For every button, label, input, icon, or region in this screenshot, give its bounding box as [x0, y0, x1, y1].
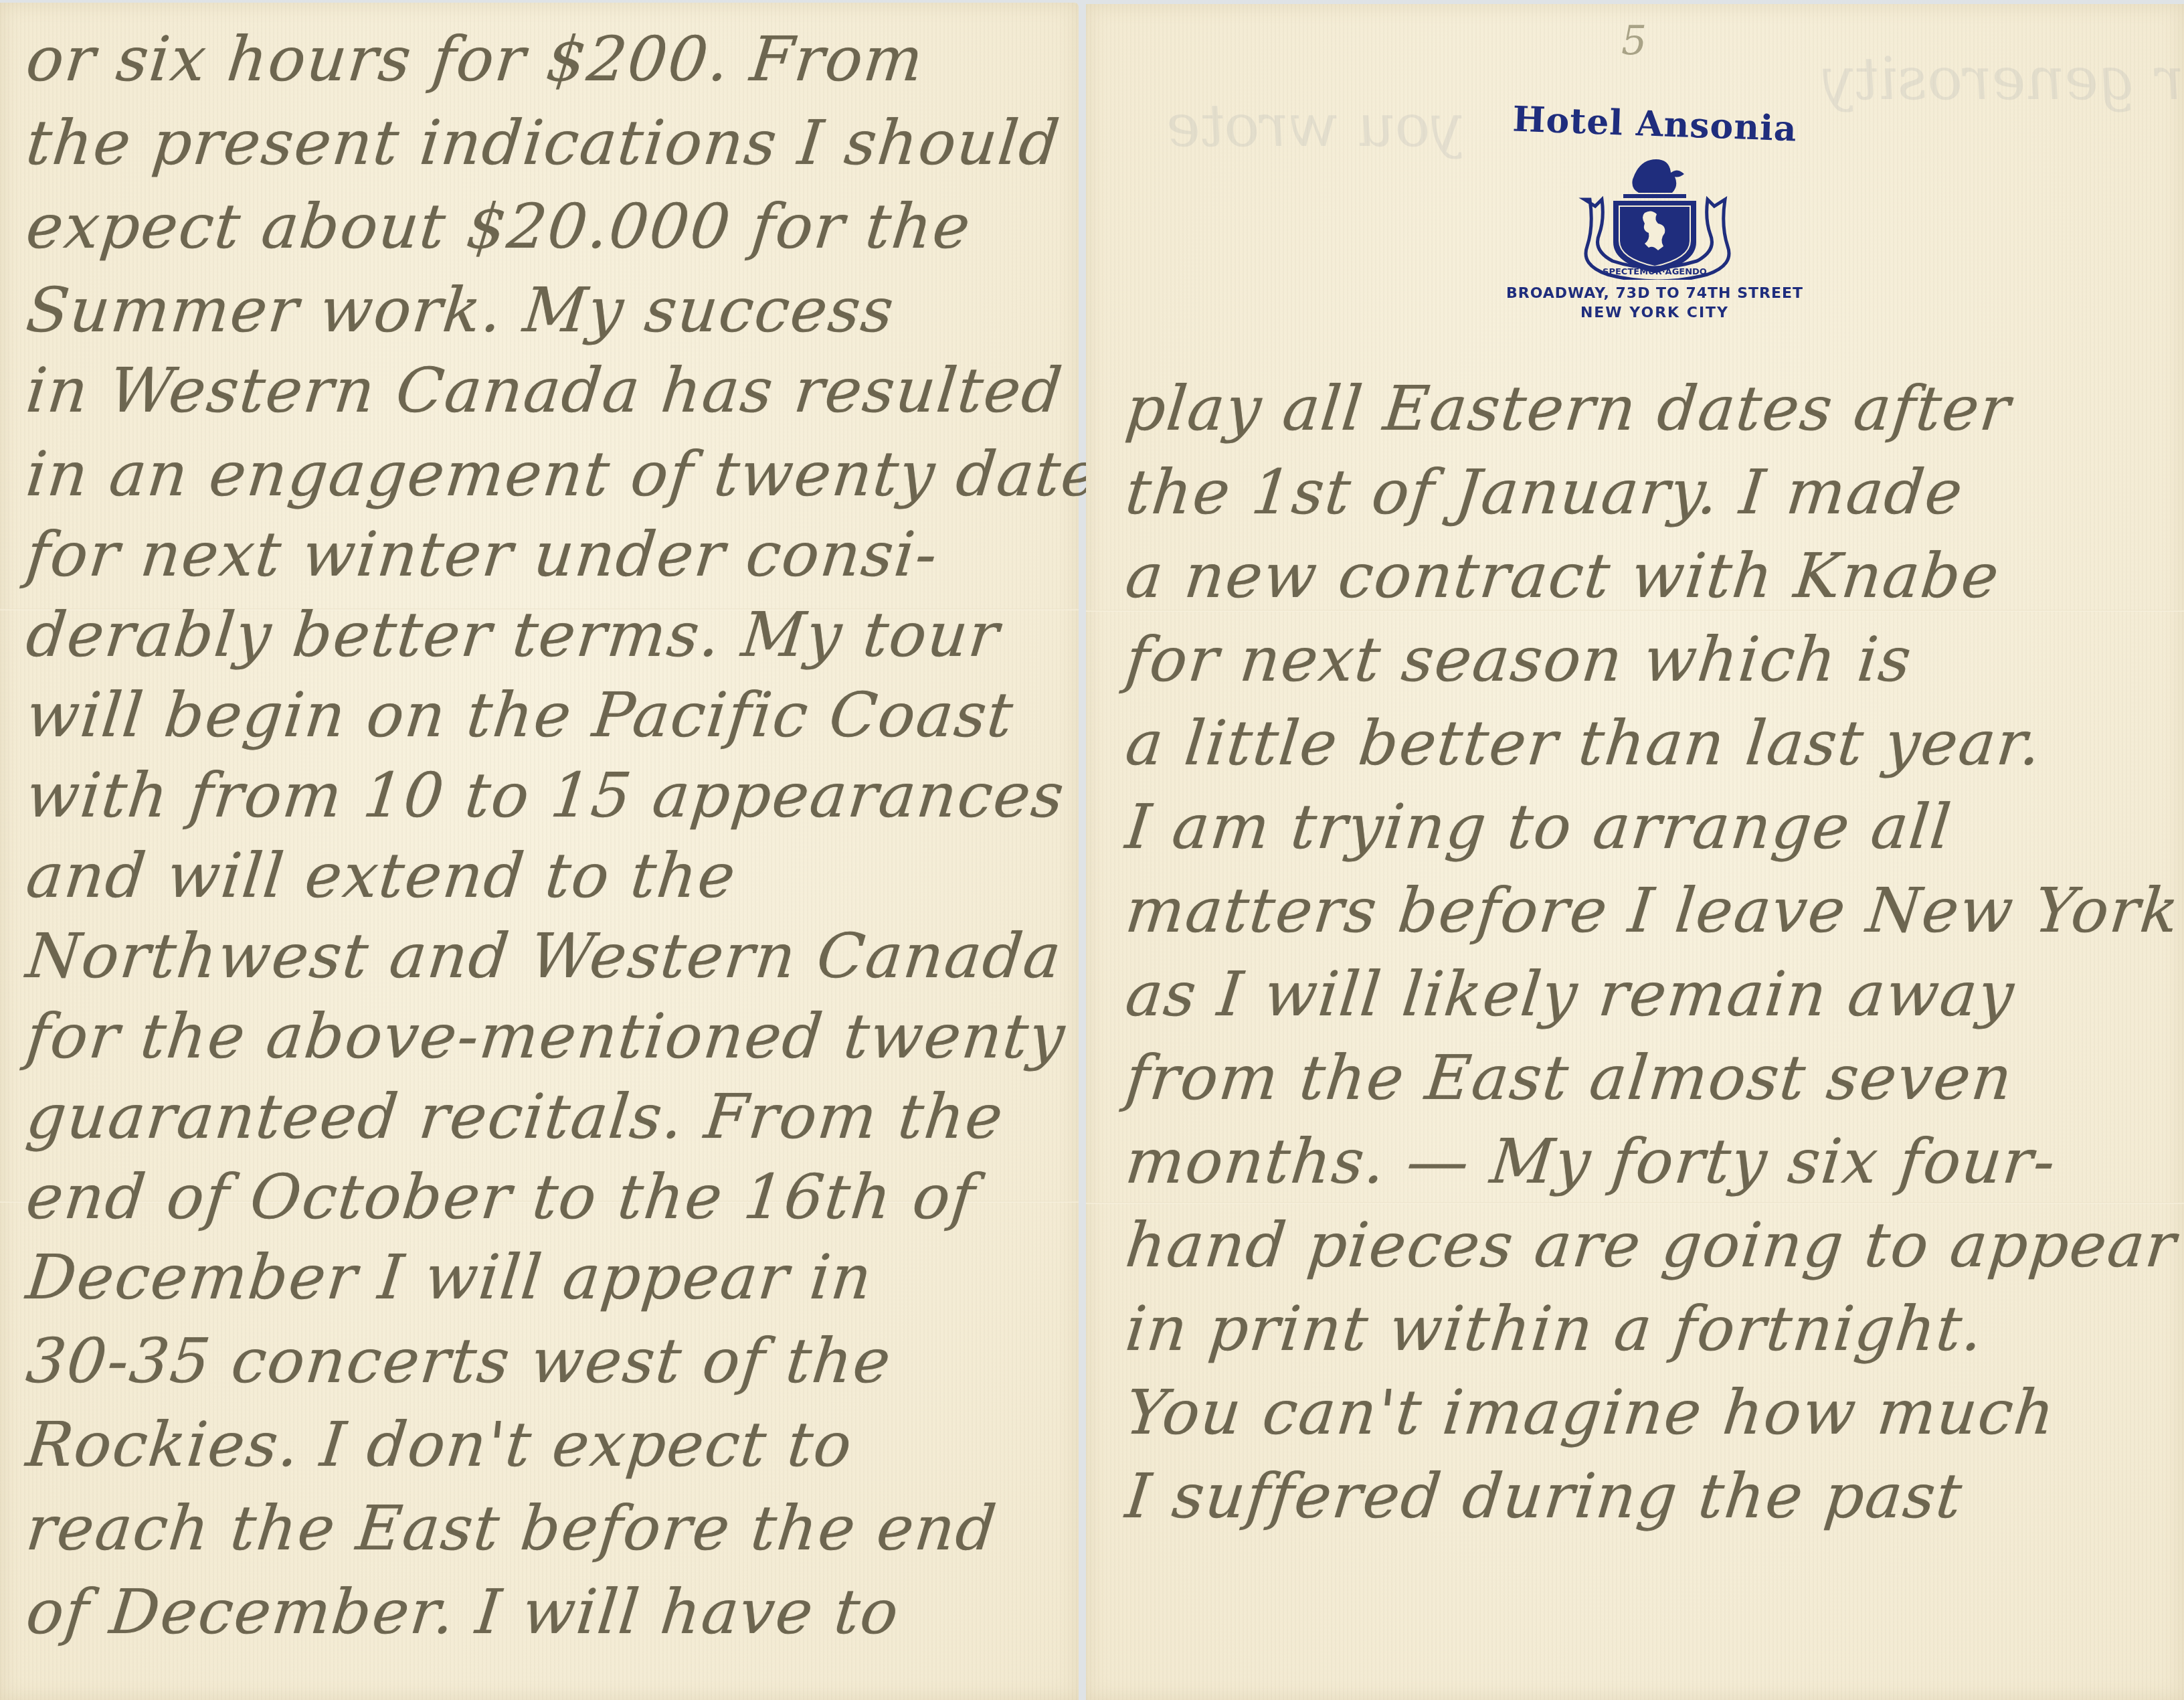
handwritten-line: as I will likely remain away: [1121, 951, 2169, 1038]
letterhead-city: NEW YORK CITY: [1501, 305, 1809, 321]
handwritten-line: You can't imagine how much: [1121, 1369, 2169, 1456]
handwritten-line: play all Eastern dates after: [1121, 365, 2169, 452]
handwritten-line: Summer work. My success: [22, 267, 1063, 354]
handwritten-line: and will extend to the: [22, 833, 1063, 920]
handwritten-line: with from 10 to 15 appearances: [22, 752, 1063, 839]
handwritten-line: of December. I will have to: [22, 1569, 1063, 1656]
handwritten-line: months. — My forty six four-: [1121, 1118, 2169, 1205]
letterhead-title: Hotel Ansonia: [1500, 99, 1809, 150]
handwritten-line: December I will appear in: [22, 1234, 1063, 1321]
bleed-through-ink: your generosity: [1817, 44, 2184, 113]
handwritten-line: Rockies. I don't expect to: [22, 1401, 1063, 1489]
handwritten-line: from the East almost seven: [1121, 1035, 2169, 1122]
handwritten-line: 30-35 concerts west of the: [22, 1318, 1063, 1405]
handwritten-line: for next winter under consi-: [22, 511, 1063, 598]
handwritten-line: will begin on the Pacific Coast: [22, 672, 1063, 759]
handwritten-line: I suffered during the past: [1121, 1453, 2169, 1540]
handwritten-line: or six hours for $200. From: [22, 16, 1063, 103]
handwritten-line: a new contract with Knabe: [1121, 533, 2169, 620]
handwritten-line: end of October to the 16th of: [22, 1154, 1063, 1241]
handwritten-line: matters before I leave New York: [1121, 867, 2169, 954]
handwritten-line: hand pieces are going to appear: [1121, 1202, 2169, 1289]
left-page: or six hours for $200. From the present …: [0, 3, 1079, 1700]
handwritten-line: guaranteed recitals. From the: [22, 1074, 1063, 1161]
page-number: 5: [1621, 17, 1647, 64]
right-page: you wrote your generosity 5 Hotel Ansoni…: [1086, 4, 2184, 1700]
handwritten-line: the 1st of January. I made: [1121, 449, 2169, 536]
handwritten-line: Northwest and Western Canada: [22, 913, 1063, 1000]
handwritten-line: in Western Canada has resulted: [22, 347, 1063, 434]
letterhead-address: BROADWAY, 73D TO 74TH STREET: [1501, 285, 1809, 302]
handwritten-line: reach the East before the end: [22, 1485, 1063, 1572]
handwritten-line: a little better than last year.: [1121, 700, 2169, 787]
handwritten-line: for the above-mentioned twenty: [22, 993, 1063, 1080]
handwritten-line: for next season which is: [1121, 616, 2169, 703]
svg-text:SPECTEMUR·AGENDO: SPECTEMUR·AGENDO: [1603, 267, 1707, 277]
bleed-through-ink: you wrote: [1162, 91, 1469, 160]
hotel-letterhead: Hotel Ansonia SPECTEMUR·AGENDO BROADWAY,…: [1501, 104, 1809, 321]
handwritten-line: expect about $20.000 for the: [22, 183, 1063, 270]
handwritten-line: in print within a fortnight.: [1121, 1286, 2169, 1373]
handwritten-line: in an engagement of twenty dates: [22, 431, 1063, 518]
handwritten-line: I am trying to arrange all: [1121, 784, 2169, 871]
handwritten-line: the present indications I should: [22, 100, 1063, 187]
coat-of-arms-icon: SPECTEMUR·AGENDO: [1558, 146, 1752, 280]
handwritten-line: derably better terms. My tour: [22, 592, 1063, 679]
